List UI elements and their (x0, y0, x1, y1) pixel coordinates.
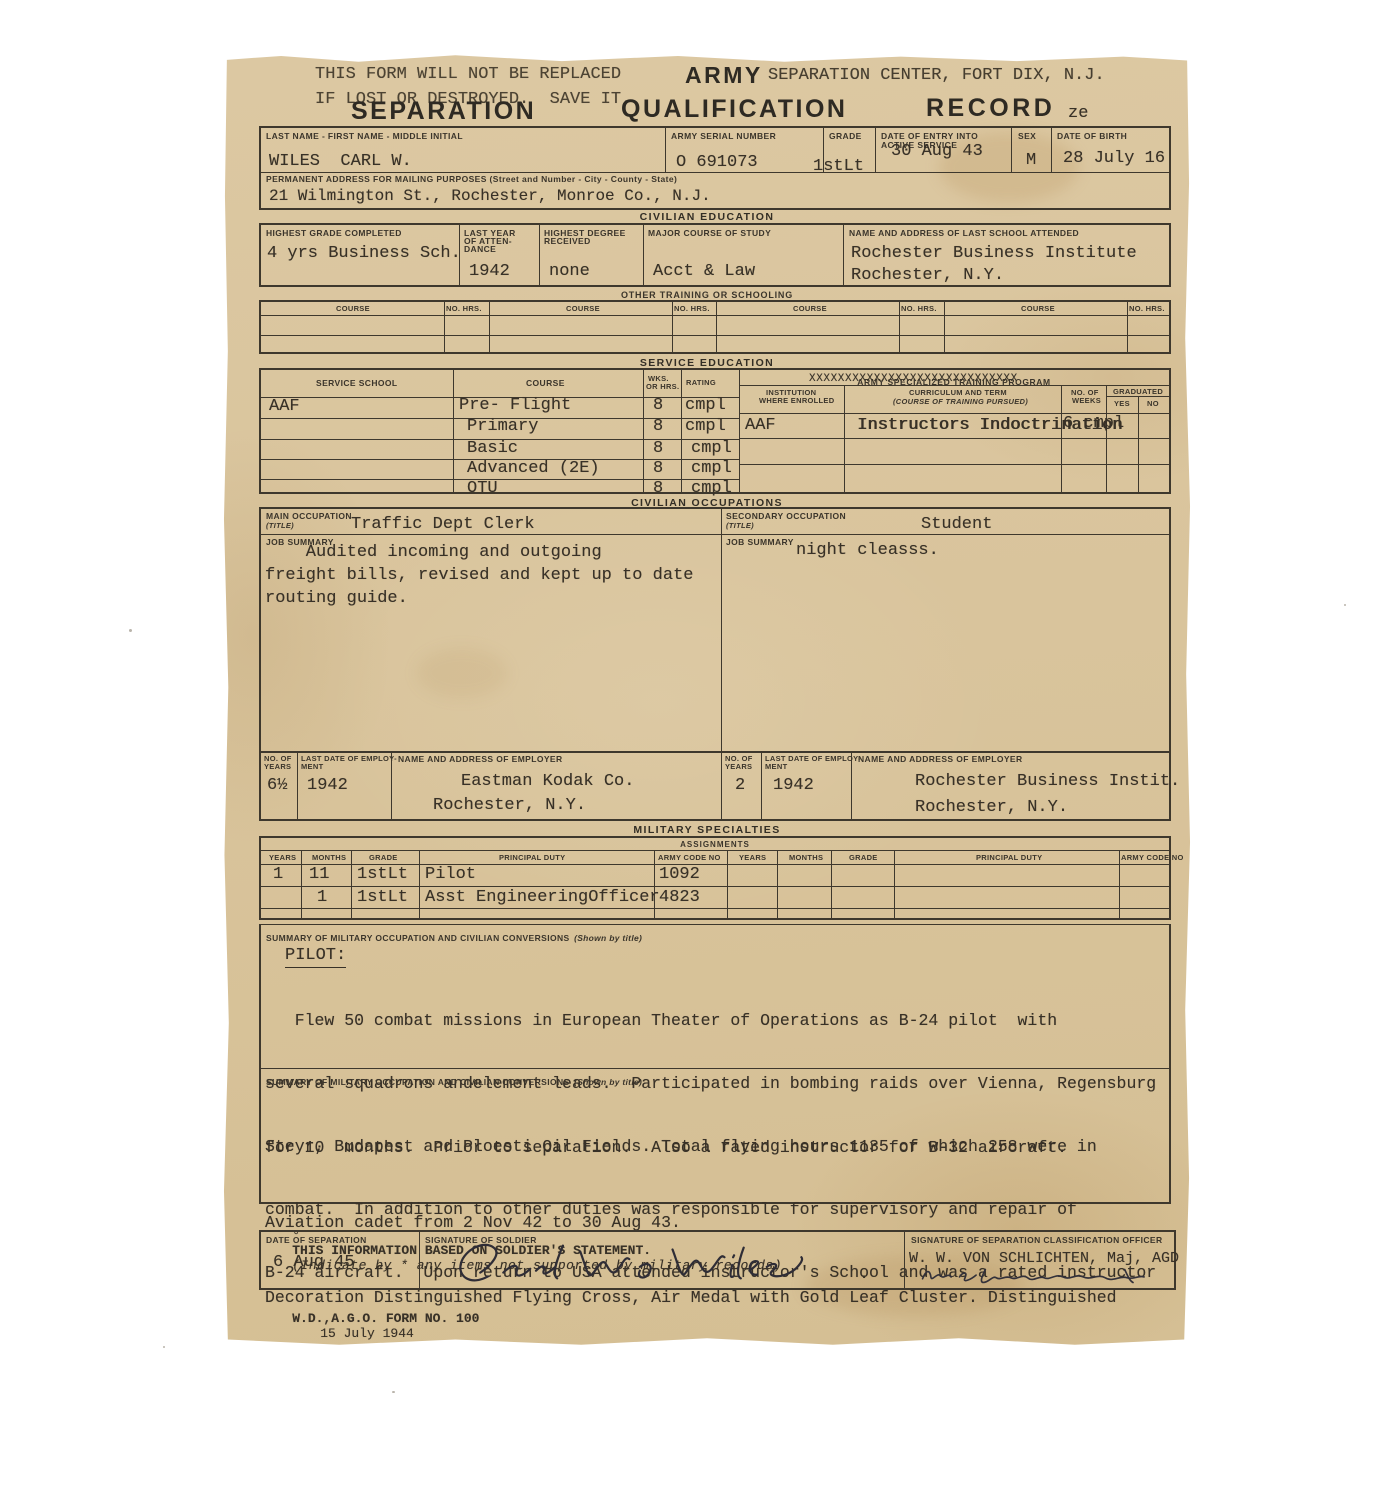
summary-line: 4 battle stars. (265, 1435, 1117, 1460)
course-header: COURSE (336, 305, 370, 313)
rule (419, 1232, 420, 1288)
rule (654, 850, 655, 918)
main-years-value: 6½ (267, 777, 287, 796)
main-occupation-value: Traffic Dept Clerk (351, 516, 535, 535)
title-sublabel: (TITLE) (726, 521, 754, 530)
grade-value: 1stLt (357, 866, 408, 885)
signature-table: DATE OF SEPARATION 6 Aug 45 SIGNATURE OF… (259, 1230, 1176, 1290)
date-of-separation-value: 6 Aug 45 (273, 1254, 355, 1273)
wks-value: 8 (653, 418, 663, 437)
course-header: COURSE (526, 379, 565, 389)
curriculum-label-line1: CURRICULUM AND TERM (909, 389, 1007, 397)
dust-speck (163, 1346, 165, 1348)
form-footer: W.D.,A.G.O. FORM NO. 100 15 July 1944 (261, 1296, 479, 1356)
rule (944, 302, 945, 352)
school-value-line2: Rochester, N.Y. (851, 267, 1004, 286)
main-employer-line2: Rochester, N.Y. (433, 797, 586, 816)
assignments-header: ASSIGNMENTS (261, 840, 1169, 849)
grade-header: GRADE (369, 854, 398, 862)
service-school-header: SERVICE SCHOOL (316, 379, 398, 389)
years-label-line2: YEARS (725, 763, 752, 771)
course-value: Pre- Flight (459, 397, 571, 416)
dust-speck (129, 629, 132, 632)
civilian-occupations-table: MAIN OCCUPATION (TITLE) Traffic Dept Cle… (259, 507, 1171, 821)
rule (419, 850, 420, 918)
pilot-heading: PILOT: (285, 947, 346, 968)
form-title-qualification: QUALIFICATION (621, 95, 847, 124)
birth-label: DATE OF BIRTH (1057, 132, 1127, 142)
summary-line: for 10 months. Prior to separation. Also… (265, 1135, 1117, 1160)
rule (843, 225, 844, 285)
main-last-date-value: 1942 (307, 777, 348, 796)
main-job-summary-line2: freight bills, revised and kept up to da… (265, 567, 693, 586)
other-training-table: COURSE NO. HRS. COURSE NO. HRS. COURSE N… (259, 300, 1171, 354)
form-number: W.D.,A.G.O. FORM NO. 100 (292, 1311, 479, 1326)
rating-value: cmpl (685, 397, 726, 416)
employ-label-line2: MENT (301, 763, 323, 771)
rule (261, 1068, 1169, 1069)
name-value: WILES CARL W. (269, 153, 412, 172)
rating-value: cmpl (685, 418, 726, 437)
other-training-title: OTHER TRAINING OR SCHOOLING (223, 290, 1191, 300)
summary-box: SUMMARY OF MILITARY OCCUPATION AND CIVIL… (259, 924, 1171, 1204)
duty-value: Asst EngineeringOfficer (425, 889, 660, 908)
institution-label-line2: WHERE ENROLLED (759, 397, 834, 405)
principal-duty-header: PRINCIPAL DUTY (499, 854, 565, 862)
rule (351, 850, 352, 918)
rule (261, 751, 1169, 753)
name-label: LAST NAME - FIRST NAME - MIDDLE INITIAL (266, 132, 463, 142)
hrs-header: NO. HRS. (674, 305, 710, 313)
sex-label: SEX (1018, 132, 1036, 142)
rule (643, 370, 644, 492)
months-value: 11 (309, 866, 329, 885)
rating-value: cmpl (691, 480, 732, 499)
grade-label: GRADE (829, 132, 862, 142)
summary-line: Flew 50 combat missions in European Thea… (265, 1010, 1156, 1031)
summary-line: Unit citation with G old Leaf Cluster. E… (265, 1360, 1117, 1385)
curriculum-label-line2: (COURSE OF TRAINING PURSUED) (893, 397, 1028, 406)
rating-value: cmpl (691, 460, 732, 479)
hrs-header: NO. HRS. (1129, 305, 1165, 313)
secondary-employer-line1: Rochester Business Instit. (915, 773, 1180, 792)
form-warning-line1: THIS FORM WILL NOT BE REPLACED (315, 66, 621, 85)
rule (1051, 128, 1052, 172)
identification-table: LAST NAME - FIRST NAME - MIDDLE INITIAL … (259, 126, 1171, 210)
address-label: PERMANENT ADDRESS FOR MAILING PURPOSES (… (266, 175, 677, 185)
employ-label-line2: MENT (765, 763, 787, 771)
army-code-header: ARMY CODE NO (1121, 854, 1184, 862)
rule (844, 385, 845, 492)
months-value: 1 (317, 889, 327, 908)
rule (1011, 128, 1012, 172)
rule (761, 751, 762, 819)
rating-value: cmpl (691, 440, 732, 459)
years-header: YEARS (739, 854, 766, 862)
rule (261, 315, 1169, 316)
rule (894, 850, 895, 918)
job-summary-label: JOB SUMMARY (726, 538, 794, 548)
form-date: 15 July 1944 (320, 1326, 414, 1341)
rule (777, 850, 778, 918)
main-job-summary-line1: Audited incoming and outgoing (265, 544, 602, 563)
military-specialties-title: MILITARY SPECIALTIES (223, 824, 1191, 836)
astp-strikeout: XXXXXXXXXXXXXXXXXXXXXXXXXXXXX (809, 373, 1018, 385)
course-header: COURSE (1021, 305, 1055, 313)
rating-header: RATING (686, 379, 716, 387)
highest-grade-value: 4 yrs Business Sch. (267, 245, 461, 264)
employer-label: NAME AND ADDRESS OF EMPLOYER (858, 755, 1023, 765)
hrs-header: NO. HRS. (901, 305, 937, 313)
rule (875, 128, 876, 172)
civilian-education-title: CIVILIAN EDUCATION (223, 211, 1191, 223)
highest-grade-label: HIGHEST GRADE COMPLETED (266, 229, 402, 239)
school-label: NAME AND ADDRESS OF LAST SCHOOL ATTENDED (849, 229, 1079, 239)
course-header: COURSE (793, 305, 827, 313)
soldier-signature (436, 1238, 836, 1288)
code-value: 1092 (659, 866, 700, 885)
assignments-table: ASSIGNMENTS YEARS MONTHS GRADE PRINCIPAL… (259, 836, 1171, 920)
course-value: Basic (467, 440, 518, 459)
course-value: Primary (467, 418, 538, 437)
course-header: COURSE (566, 305, 600, 313)
rule (261, 850, 1169, 851)
last-year-label-line3: DANCE (464, 245, 496, 255)
rule (739, 438, 1169, 439)
rule (831, 850, 832, 918)
wks-header-line2: OR HRS. (646, 383, 679, 391)
duty-value: Pilot (425, 866, 476, 885)
wks-value: 8 (653, 397, 663, 416)
secondary-years-value: 2 (735, 777, 745, 796)
secondary-last-date-value: 1942 (773, 777, 814, 796)
civilian-education-table: HIGHEST GRADE COMPLETED 4 yrs Business S… (259, 223, 1171, 287)
birth-value: 28 July 16 (1063, 150, 1165, 169)
rule (904, 1232, 905, 1288)
astp-institution-value: AAF (745, 417, 776, 436)
form-title-separation: SEPARATION (351, 97, 536, 126)
rule (1106, 385, 1107, 492)
summary-header-1: SUMMARY OF MILITARY OCCUPATION AND CIVIL… (266, 928, 642, 946)
grade-value: 1stLt (813, 158, 864, 177)
rule (453, 370, 454, 492)
main-job-summary-line3: routing guide. (265, 590, 408, 609)
rule (301, 850, 302, 918)
weeks-label-line2: WEEKS (1072, 397, 1101, 405)
rule (716, 302, 717, 352)
rule (261, 335, 1169, 336)
service-education-table: SERVICE SCHOOL COURSE WKS. OR HRS. RATIN… (259, 368, 1171, 494)
astp-weeks-grad-value: 6 cmpl (1063, 415, 1124, 434)
secondary-employer-line2: Rochester, N.Y. (915, 799, 1068, 818)
wks-value: 8 (653, 440, 663, 459)
last-year-value: 1942 (469, 263, 510, 282)
form-title-record: RECORD (926, 94, 1055, 123)
school-value-line1: Rochester Business Institute (851, 245, 1137, 264)
sex-value: M (1026, 152, 1036, 171)
hrs-header: NO. HRS. (446, 305, 482, 313)
wks-value: 8 (653, 480, 663, 499)
principal-duty-header: PRINCIPAL DUTY (976, 854, 1042, 862)
degree-label-line2: RECEIVED (544, 237, 591, 247)
graduated-no-label: NO (1147, 400, 1159, 408)
major-label: MAJOR COURSE OF STUDY (648, 229, 771, 239)
rule (721, 509, 722, 819)
rule (643, 225, 644, 285)
officer-signature (907, 1264, 1167, 1288)
years-label-line2: YEARS (264, 763, 291, 771)
months-header: MONTHS (789, 854, 823, 862)
date-of-separation-label: DATE OF SEPARATION (266, 1236, 367, 1246)
form-title-army: ARMY (685, 62, 763, 89)
typed-suffix-ze: ze (1068, 105, 1088, 124)
grade-value: 1stLt (357, 889, 408, 908)
scanned-form-paper: THIS FORM WILL NOT BE REPLACED ARMY SEPA… (223, 54, 1191, 1346)
rule (261, 908, 1169, 909)
graduated-label: GRADUATED (1113, 388, 1163, 396)
grade-header: GRADE (849, 854, 878, 862)
address-value: 21 Wilmington St., Rochester, Monroe Co.… (269, 188, 711, 206)
army-code-header: ARMY CODE NO (658, 854, 721, 862)
months-header: MONTHS (312, 854, 346, 862)
serial-label: ARMY SERIAL NUMBER (671, 132, 776, 142)
rule (297, 751, 298, 819)
rule (665, 128, 666, 172)
rule (539, 225, 540, 285)
employer-label: NAME AND ADDRESS OF EMPLOYER (398, 755, 563, 765)
typed-station: SEPARATION CENTER, FORT DIX, N.J. (768, 67, 1105, 86)
secondary-occupation-value: Student (921, 516, 992, 535)
rule (739, 464, 1169, 465)
main-employer-line1: Eastman Kodak Co. (461, 773, 634, 792)
dust-speck (1344, 604, 1346, 606)
summary-header-italic: (Shown by title) (574, 933, 642, 943)
graduated-yes-label: YES (1114, 400, 1130, 408)
degree-value: none (549, 263, 590, 282)
rule (681, 370, 682, 492)
code-value: 4823 (659, 889, 700, 908)
entry-value: 30 Aug 43 (891, 143, 983, 162)
rule (727, 850, 728, 918)
years-value: 1 (273, 866, 283, 885)
rule (489, 302, 490, 352)
dust-speck (392, 1391, 395, 1393)
course-value: OTU (467, 480, 498, 499)
title-sublabel: (TITLE) (266, 521, 294, 530)
serial-value: O 691073 (676, 154, 758, 173)
rule (261, 479, 739, 480)
secondary-job-summary: night cleasss. (796, 542, 939, 561)
summary-header-bold: SUMMARY OF MILITARY OCCUPATION AND CIVIL… (266, 933, 570, 943)
major-value: Acct & Law (653, 263, 755, 282)
rule (1061, 385, 1062, 492)
course-value: Advanced (2E) (467, 460, 600, 479)
rule (1138, 396, 1139, 492)
service-school-value: AAF (269, 398, 300, 417)
signature-of-officer-label: SIGNATURE OF SEPARATION CLASSIFICATION O… (911, 1236, 1163, 1246)
wks-value: 8 (653, 460, 663, 479)
signature-period: . (859, 1266, 869, 1285)
years-header: YEARS (269, 854, 296, 862)
